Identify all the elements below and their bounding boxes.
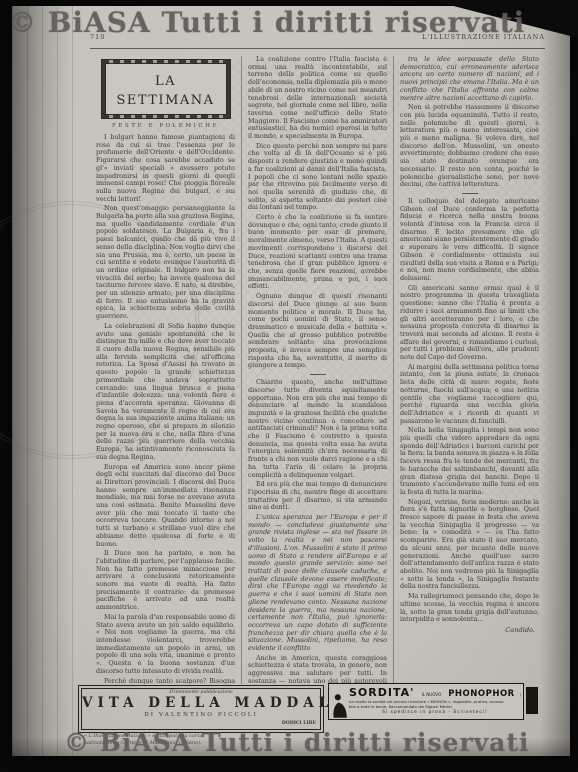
biasa-watermark-bottom: © BiASA Tutti i diritti riservati <box>64 728 529 757</box>
article-columns: LA SETTIMANA FESTE E POLEMICHE I bulgari… <box>90 56 545 684</box>
paragraph: Gli americani sanno ormai qual è il nost… <box>400 285 539 362</box>
paragraph: Dico questo perchè non sempre mi pare ch… <box>248 143 387 212</box>
column-1: LA SETTIMANA FESTE E POLEMICHE I bulgari… <box>90 56 241 684</box>
ad-body: SORDITA' IL NUOVO PHONOPHOR (SIEMENS) ha… <box>349 685 521 718</box>
paragraph-quote: tra le idee sorpassate dello Stato democ… <box>400 56 539 102</box>
paragraph-quote: L'unica speranza per l'Europa e per il m… <box>248 514 387 653</box>
ad-body-line: bile a tutte le borse. Raccomandato dai … <box>349 705 521 710</box>
paragraph: Chiarito questo, anche nell'ultimo disco… <box>248 379 387 479</box>
ad-price: DODICI LIRE <box>282 721 316 726</box>
paragraph: Ed era più che mai tempo di denunciare l… <box>248 481 387 512</box>
paragraph: Ognuno dunque di questi risonanti discor… <box>248 293 387 370</box>
paragraph: La celebrazioni di Sofia hanno dunque av… <box>96 323 235 462</box>
column-2: La coalizione contro l'Italia fascista è… <box>241 56 393 684</box>
header-rule <box>90 48 545 49</box>
ad-headline: SORDITA' IL NUOVO PHONOPHOR (SIEMENS) <box>349 685 521 700</box>
section-separator <box>462 193 478 194</box>
paragraph: Il colloquio del delegato americano Gibs… <box>400 198 539 283</box>
paragraph: Certo è che la coalizione si fa sentire … <box>248 214 387 291</box>
paragraph: Perchè dunque tanto scalpore? Bisogna ma… <box>96 678 235 684</box>
ad-author: DI VALENTINO PICCOLI <box>82 712 320 718</box>
article-masthead-box: LA SETTIMANA <box>101 59 231 119</box>
ad-inner-frame: D'imminente pubblicazione VITA DELLA MAD… <box>81 688 321 730</box>
book-gutter-shadow <box>12 6 76 756</box>
biasa-watermark-top: © BiASA Tutti i diritti riservati <box>8 6 525 39</box>
column-3: tra le idee sorpassate dello Stato democ… <box>393 56 545 684</box>
article-subtitle: FESTE E POLEMICHE <box>96 123 235 129</box>
paragraph: I bulgari hanno famose piantagioni di ro… <box>96 134 235 203</box>
paragraph: Europa ed America sono ancor piene degli… <box>96 464 235 549</box>
ad-vita-della-maddalena: D'imminente pubblicazione VITA DELLA MAD… <box>78 685 324 733</box>
adjacent-ad-fragment <box>526 687 538 714</box>
ad-brand: PHONOPHOR <box>448 689 515 699</box>
scanned-magazine-page: 710 L'ILLUSTRAZIONE ITALIANA LA SETTIMAN… <box>0 0 578 772</box>
ad-lead: IL NUOVO <box>422 692 442 697</box>
paragraph: Negozi, vetrine, ferie moderne: anche la… <box>400 499 539 591</box>
masthead-title: LA SETTIMANA <box>116 74 214 108</box>
paragraph: Non quest'omaggio persianeggiante la Bul… <box>96 205 235 321</box>
paragraph: Ma rallegriamoci pensando che, dopo le u… <box>400 593 539 624</box>
magazine-page: 710 L'ILLUSTRAZIONE ITALIANA LA SETTIMAN… <box>12 6 570 756</box>
paragraph: Ai margini della settimana politica torn… <box>400 364 539 426</box>
section-separator <box>310 374 326 375</box>
ad-title: VITA DELLA MADDALENA <box>82 695 320 711</box>
ad-title: SORDITA' <box>349 686 415 699</box>
ad-brand-note: (SIEMENS) <box>520 692 521 697</box>
ad-sordita-phonophor: SORDITA' IL NUOVO PHONOPHOR (SIEMENS) ha… <box>328 683 524 720</box>
author-signature: Candido. <box>400 626 539 634</box>
seated-man-icon <box>331 685 349 718</box>
article-masthead: LA SETTIMANA <box>105 63 227 115</box>
ad-firm-row: DITTA O. GAENG VIA PRINCIPE UMBERTO 10 -… <box>349 716 521 718</box>
paragraph: Mai la parola d'un responsabile uomo di … <box>96 614 235 676</box>
paragraph: La coalizione contro l'Italia fascista è… <box>248 56 387 141</box>
paragraph: Anche in America, questa coraggiosa schi… <box>248 655 387 684</box>
paragraph: Nella bella Sinigaglia i tempi non sono … <box>400 427 539 496</box>
paragraph: Il Duce non ha parlato, e non ha l'abitu… <box>96 550 235 612</box>
paragraph: Non si potrebbe riassumere il discorso c… <box>400 104 539 189</box>
